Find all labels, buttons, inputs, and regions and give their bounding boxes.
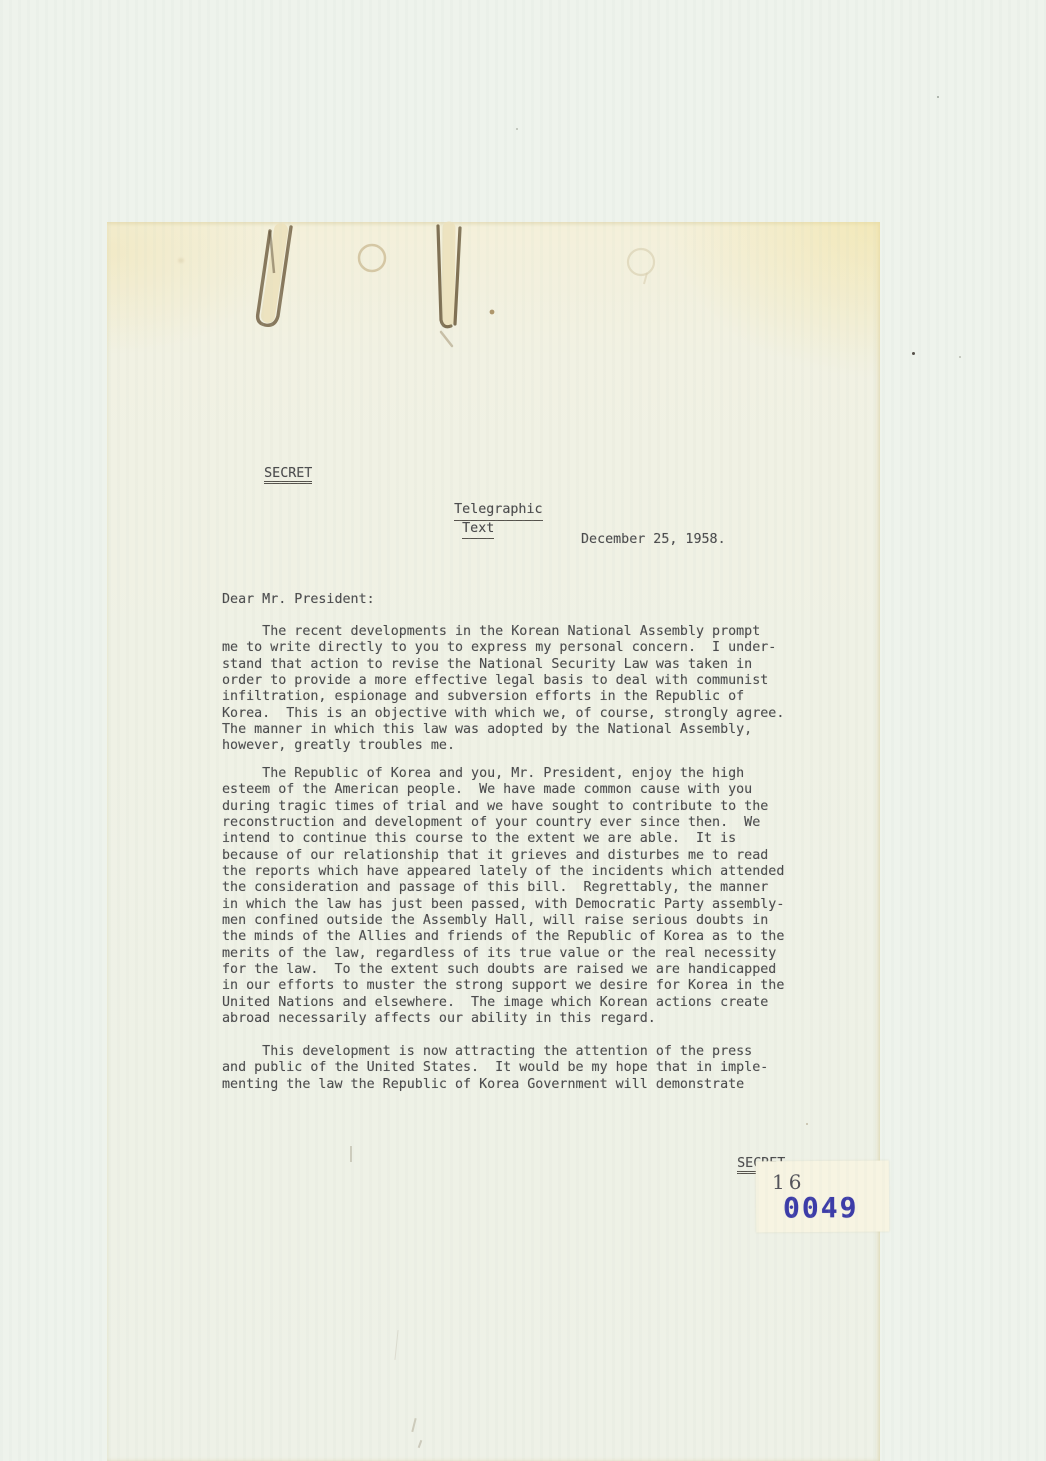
serial-number-stamp: 0049 <box>783 1191 858 1224</box>
title-word-2: Text <box>462 521 494 539</box>
classification-top: SECRET <box>232 450 312 499</box>
paragraph-2: The Republic of Korea and you, Mr. Presi… <box>222 766 784 1027</box>
document-title: Telegraphic Text <box>422 486 543 555</box>
fastener-prong-mark-right <box>448 228 449 320</box>
scan-speck <box>937 96 939 98</box>
paragraph-1: The recent developments in the Korean Na… <box>222 624 784 755</box>
salutation: Dear Mr. President: <box>222 592 375 608</box>
paragraph-3: This development is now attracting the a… <box>222 1044 768 1093</box>
ink-dot <box>490 310 495 315</box>
scan-speck <box>516 128 518 130</box>
punch-hole-mark-left <box>359 245 385 271</box>
scan-speck <box>959 356 961 358</box>
classification-top-label: SECRET <box>264 466 312 484</box>
scan-speck <box>912 352 915 355</box>
fastener-marks <box>240 218 670 378</box>
punch-hole-mark-right <box>628 249 654 275</box>
date-line: December 25, 1958. <box>581 532 726 548</box>
scanned-document: SECRET Telegraphic Text December 25, 195… <box>0 0 1046 1461</box>
paper-age-tint <box>650 222 880 392</box>
title-word-1: Telegraphic <box>454 502 542 520</box>
